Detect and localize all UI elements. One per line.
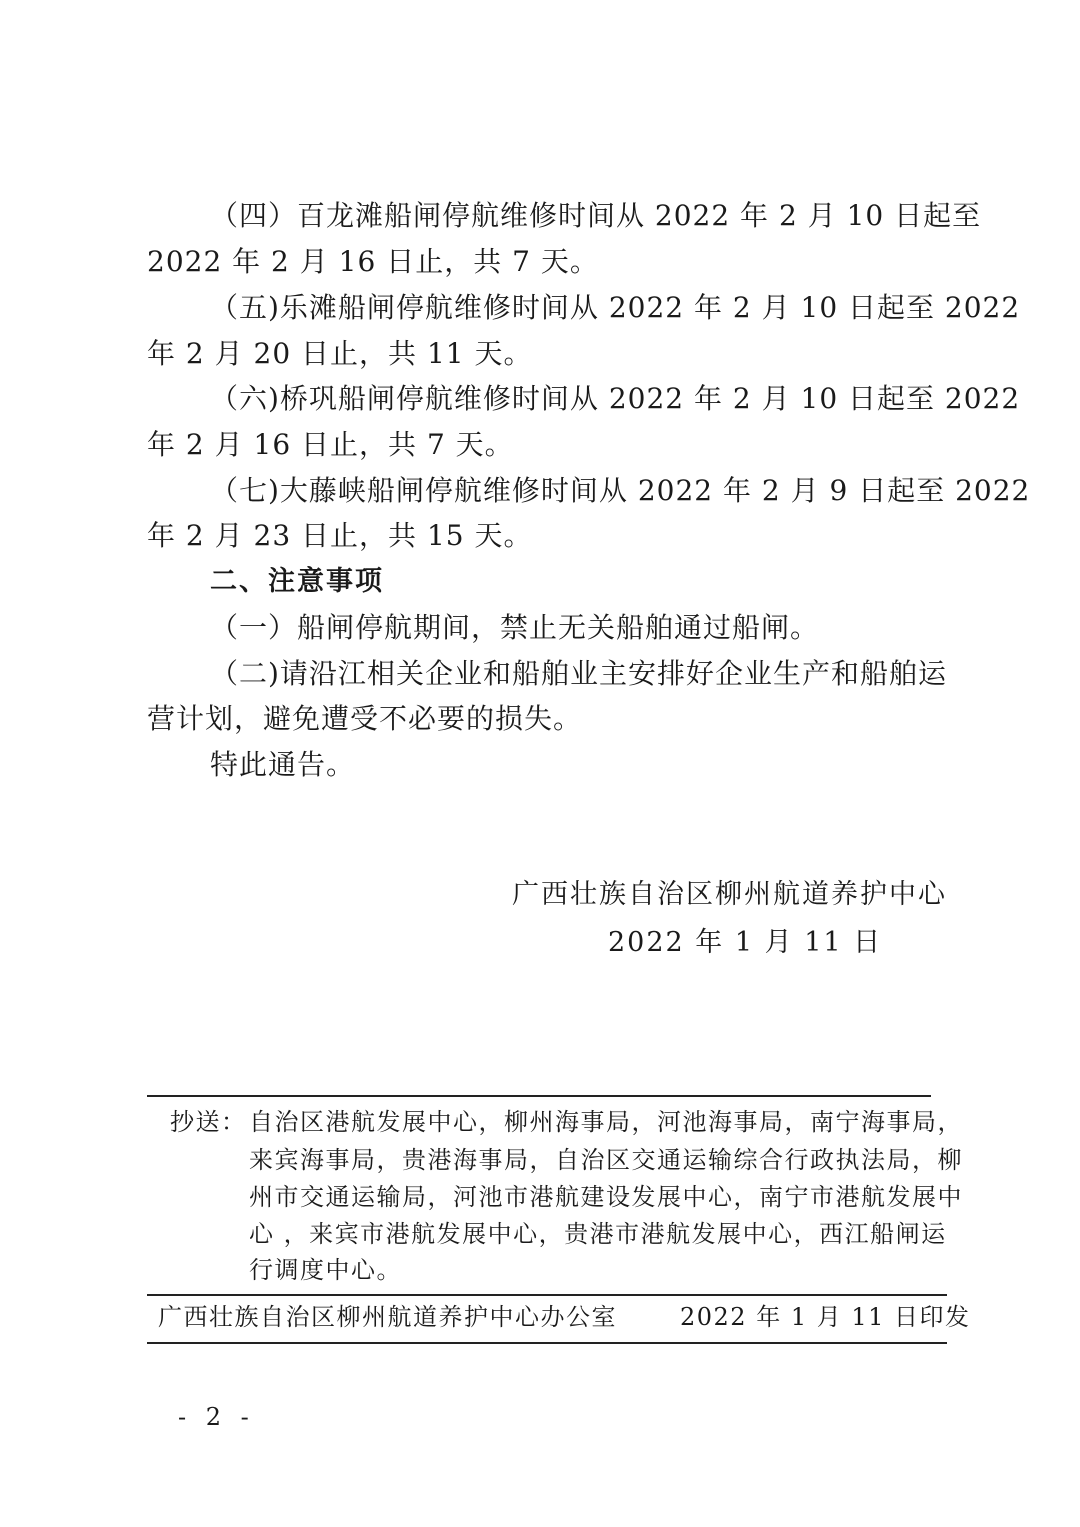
closing-statement: 特此通告。	[210, 749, 947, 781]
signature-organization: 广西壮族自治区柳州航道养护中心	[512, 879, 947, 911]
cc-line-4: 心 ，来宾市港航发展中心，贵港市港航发展中心，西江船闸运	[249, 1220, 946, 1248]
section-heading-notes: 二、注意事项	[210, 566, 947, 598]
cc-line-1: 自治区港航发展中心，柳州海事局，河池海事局，南宁海事局，	[249, 1108, 946, 1136]
page-number: - 2 -	[178, 1403, 255, 1431]
issuance-bottom-divider	[147, 1342, 947, 1344]
item-7-line-2: 年 2 月 23 日止，共 15 天。	[147, 520, 947, 552]
issuance-date: 2022 年 1 月 11 日印发	[680, 1303, 971, 1331]
item-4-line-2: 2022 年 2 月 16 日止，共 7 天。	[147, 246, 947, 278]
cc-top-divider	[147, 1095, 931, 1097]
item-5-line-2: 年 2 月 20 日止，共 11 天。	[147, 338, 947, 370]
notes-item-1: （一）船闸停航期间，禁止无关船舶通过船闸。	[210, 612, 947, 644]
cc-line-3: 州市交通运输局，河池市港航建设发展中心，南宁市港航发展中	[249, 1183, 946, 1211]
issuance-top-divider	[147, 1294, 947, 1296]
notes-item-2-line-2: 营计划，避免遭受不必要的损失。	[147, 703, 947, 735]
cc-line-2: 来宾海事局，贵港海事局，自治区交通运输综合行政执法局，柳	[249, 1146, 946, 1174]
item-4-line-1: （四）百龙滩船闸停航维修时间从 2022 年 2 月 10 日起至	[210, 200, 947, 232]
issuing-office: 广西壮族自治区柳州航道养护中心办公室	[158, 1303, 617, 1331]
item-6-line-2: 年 2 月 16 日止，共 7 天。	[147, 429, 947, 461]
signature-date: 2022 年 1 月 11 日	[608, 927, 882, 959]
cc-line-5: 行调度中心。	[249, 1256, 946, 1284]
document-page: （四）百龙滩船闸停航维修时间从 2022 年 2 月 10 日起至 2022 年…	[0, 0, 1080, 1527]
item-6-line-1: （六)桥巩船闸停航维修时间从 2022 年 2 月 10 日起至 2022	[210, 383, 947, 415]
cc-label: 抄送：	[170, 1108, 247, 1136]
item-7-line-1: （七)大藤峡船闸停航维修时间从 2022 年 2 月 9 日起至 2022	[210, 475, 947, 507]
notes-item-2-line-1: （二)请沿江相关企业和船舶业主安排好企业生产和船舶运	[210, 658, 947, 690]
item-5-line-1: （五)乐滩船闸停航维修时间从 2022 年 2 月 10 日起至 2022	[210, 292, 947, 324]
